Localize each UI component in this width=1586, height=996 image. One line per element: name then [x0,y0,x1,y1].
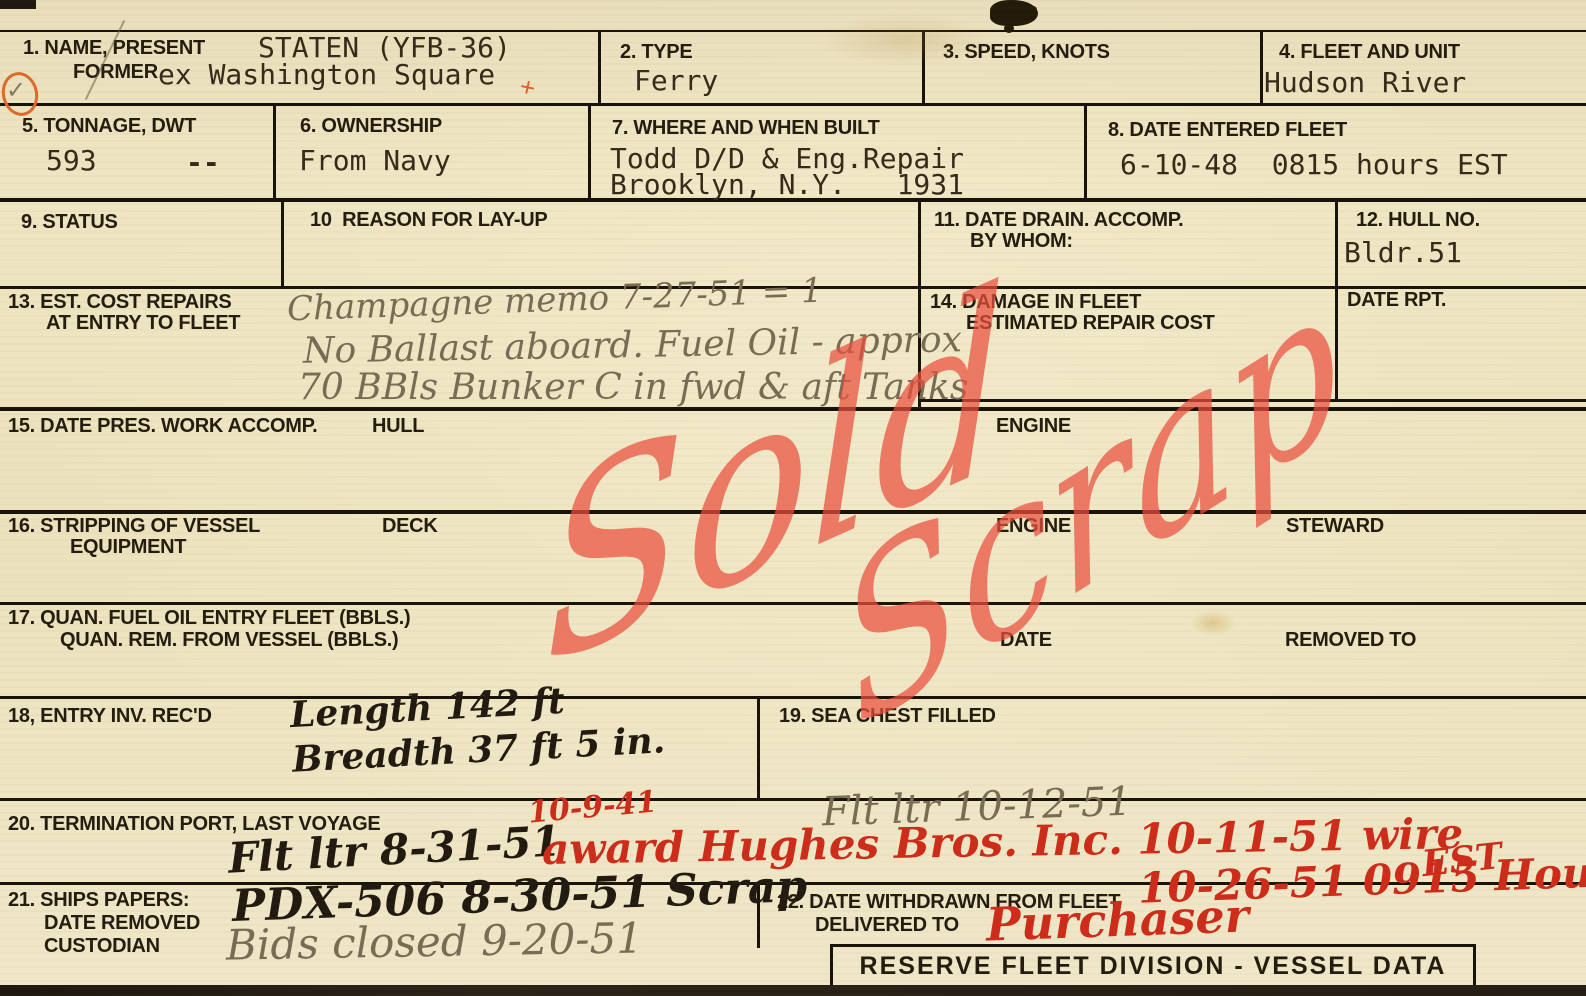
divider-6-7 [588,103,591,198]
scan-edge-topleft [0,0,36,9]
pencil-note-champagne: Champagne memo 7-27-51 = 1 [287,274,824,328]
date-entered-value: 6-10-48 0815 hours EST [1120,150,1508,179]
divider-2-3 [922,30,925,103]
field-3-label: 3. SPEED, KNOTS [943,42,1110,63]
date-rpt-label: DATE RPT. [1347,290,1446,311]
field-16-engine-label: ENGINE [996,516,1071,537]
field-9-label: 9. STATUS [21,212,118,233]
field-22-label2: DELIVERED TO [815,915,959,936]
field-11-label: 11. DATE DRAIN. ACCOMP. [934,210,1183,231]
ink-blot-dot2 [1030,6,1037,13]
footer-title-box: RESERVE FLEET DIVISION - VESSEL DATA [830,944,1476,988]
field-2-label: 2. TYPE [620,42,692,63]
rule-r4-partial [918,399,1586,402]
field-6-label: 6. OWNERSHIP [300,116,442,137]
ink-blot-dot [1004,24,1014,33]
divider-3-4 [1260,30,1263,103]
field-15-engine-label: ENGINE [996,416,1071,437]
field-17-removedto-label: REMOVED TO [1285,630,1416,651]
red-note-purchaser: Purchaser [985,891,1249,948]
footer-title: RESERVE FLEET DIVISION - VESSEL DATA [860,952,1447,981]
dwt-value: -- [186,148,220,177]
pencil-note-fltltr-1012: Flt ltr 10-12-51 [821,781,1132,834]
pencil-check-icon: ✓ [6,78,26,103]
ink-blot [990,0,1038,26]
field-17-label2: QUAN. REM. FROM VESSEL (BBLS.) [60,630,398,651]
field-1-former-label: FORMER [73,62,158,83]
rule-r6 [0,602,1586,605]
field-16-steward-label: STEWARD [1286,516,1384,537]
divider-9-10 [281,198,284,286]
field-4-label: 4. FLEET AND UNIT [1279,42,1460,63]
field-16-label2: EQUIPMENT [70,537,186,558]
field-13-label: 13. EST. COST REPAIRS [8,292,231,313]
field-15-label: 15. DATE PRES. WORK ACCOMP. [8,416,317,437]
field-13-label2: AT ENTRY TO FLEET [46,313,240,334]
pencil-note-bunker: 70 BBls Bunker C in fwd & aft Tanks [298,369,968,407]
field-21-label2: DATE REMOVED [44,913,200,934]
field-11-bywhom-label: BY WHOM: [970,231,1073,252]
rule-top [0,30,1586,32]
pencil-note-bids: Bids closed 9-20-51 [226,916,644,967]
divider-11-12 [1335,198,1338,286]
divider-7-8 [1084,103,1087,198]
orange-cross-mark: + [517,73,538,103]
field-12-label: 12. HULL NO. [1356,210,1480,231]
vessel-data-card: 1. NAME, PRESENT FORMER STATEN (YFB-36) … [0,0,1586,996]
rule-r7 [0,696,1586,699]
field-15-hull-label: HULL [372,416,424,437]
type-value: Ferry [634,66,718,95]
field-8-label: 8. DATE ENTERED FLEET [1108,120,1347,141]
rule-r8 [0,798,1586,801]
rule-r5 [0,510,1586,514]
pencil-stroke-mark [85,20,125,100]
field-14-label2: ESTIMATED REPAIR COST [966,313,1215,334]
field-19-label: 19. SEA CHEST FILLED [779,706,996,727]
field-21-label: 21. SHIPS PAPERS: [8,890,189,911]
scan-edge-bottom [0,985,1586,996]
field-7-label: 7. WHERE AND WHEN BUILT [612,118,880,139]
divider-14-daterpt [1335,286,1338,399]
field-18-label: 18, ENTRY INV. REC'D [8,706,212,727]
divider-18-19 [757,696,760,798]
vessel-name-former: ex Washington Square [158,60,495,89]
rule-r1 [0,103,1586,106]
divider-1-2 [598,30,601,103]
field-17-label: 17. QUAN. FUEL OIL ENTRY FLEET (BBLS.) [8,608,410,629]
divider-10-11 [918,198,921,286]
paper-stain-small [1190,610,1236,636]
built-line2: Brooklyn, N.Y. 1931 [610,170,964,199]
field-21-label3: CUSTODIAN [44,936,160,957]
ownership-value: From Navy [299,146,451,175]
divider-5-6 [273,103,276,198]
field-10-label: 10 REASON FOR LAY-UP [310,210,547,231]
field-5-label: 5. TONNAGE, DWT [22,116,196,137]
field-14-label: 14. DAMAGE IN FLEET [930,292,1141,313]
pencil-note-ballast: No Ballast aboard. Fuel Oil - approx [303,321,963,370]
tonnage-value: 593 [46,146,97,175]
field-16-label: 16. STRIPPING OF VESSEL [8,516,260,537]
field-17-date-label: DATE [1000,630,1052,651]
fleet-unit-value: Hudson River [1264,68,1466,97]
field-16-deck-label: DECK [382,516,437,537]
hull-no-value: Bldr.51 [1344,238,1462,267]
